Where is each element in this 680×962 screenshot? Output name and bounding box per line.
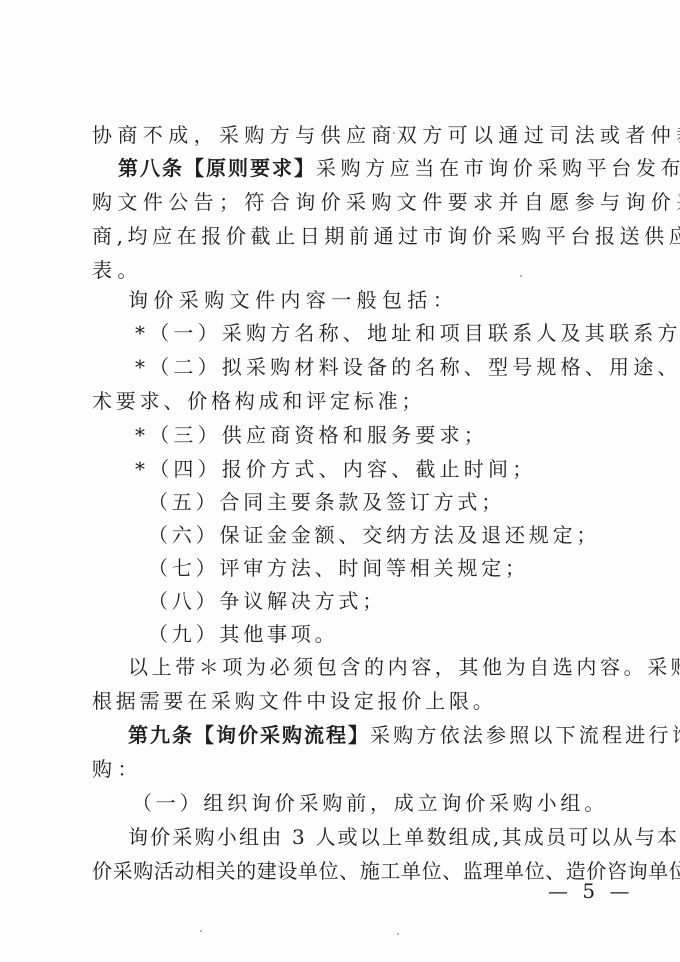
list-item-2-cont: 术要求、价格构成和评定标准； <box>92 386 607 416</box>
document-page: 协商不成，采购方与供应商双方可以通过司法或者仲裁途径解决。 第八条【原则要求】采… <box>0 0 680 962</box>
list-intro: 询价采购文件内容一般包括： <box>128 285 643 315</box>
scan-speck <box>397 933 399 935</box>
paragraph-line: 根据需要在采购文件中设定报价上限。 <box>92 686 607 716</box>
article-8-text: 采购方应当在市询价采购平台发布询价采 <box>316 156 680 180</box>
paragraph-line: 以上带＊项为必须包含的内容，其他为自选内容。采购方可以 <box>128 652 643 682</box>
list-item-4: *（四）报价方式、内容、截止时间； <box>135 454 650 484</box>
list-item-7: （七）评审方法、时间等相关规定； <box>148 553 663 583</box>
list-item-5: （五）合同主要条款及签订方式； <box>148 487 663 517</box>
procedure-step-1: （一）组织询价采购前，成立询价采购小组。 <box>132 788 647 818</box>
article-8-heading-line: 第八条【原则要求】采购方应当在市询价采购平台发布询价采 <box>118 153 608 183</box>
paragraph-line: 价采购活动相关的建设单位、施工单位、监理单位、造价咨询单位、 <box>92 856 607 886</box>
paragraph-line: 表。 <box>92 255 607 285</box>
scan-speck <box>200 930 202 932</box>
paragraph-line: 商,均应在报价截止日期前通过市询价采购平台报送供应清单报价 <box>92 221 607 251</box>
list-item-9: （九）其他事项。 <box>148 619 663 649</box>
list-item-8: （八）争议解决方式； <box>148 586 663 616</box>
article-9-text: 采购方依法参照以下流程进行询价采 <box>370 723 680 747</box>
paragraph-line: 购文件公告；符合询价采购文件要求并自愿参与询价采购的供应 <box>92 187 607 217</box>
article-8-title: 第八条【原则要求】 <box>118 156 316 180</box>
article-9-heading-line: 第九条【询价采购流程】采购方依法参照以下流程进行询价采 <box>128 720 608 750</box>
article-9-title: 第九条【询价采购流程】 <box>128 723 370 747</box>
scan-speck <box>520 275 522 277</box>
list-item-1: *（一）采购方名称、地址和项目联系人及其联系方式； <box>135 318 650 348</box>
page-number: — 5 — <box>548 878 633 904</box>
paragraph-line: 购： <box>92 754 607 784</box>
list-item-2: *（二）拟采购材料设备的名称、型号规格、用途、数量、技 <box>135 352 650 382</box>
list-item-3: *（三）供应商资格和服务要求； <box>135 420 650 450</box>
list-item-6: （六）保证金金额、交纳方法及退还规定； <box>148 520 663 550</box>
scan-speck <box>393 132 395 134</box>
paragraph-line: 协商不成，采购方与供应商双方可以通过司法或者仲裁途径解决。 <box>92 120 607 150</box>
paragraph-line: 询价采购小组由 3 人或以上单数组成,其成员可以从与本次询 <box>128 822 643 852</box>
